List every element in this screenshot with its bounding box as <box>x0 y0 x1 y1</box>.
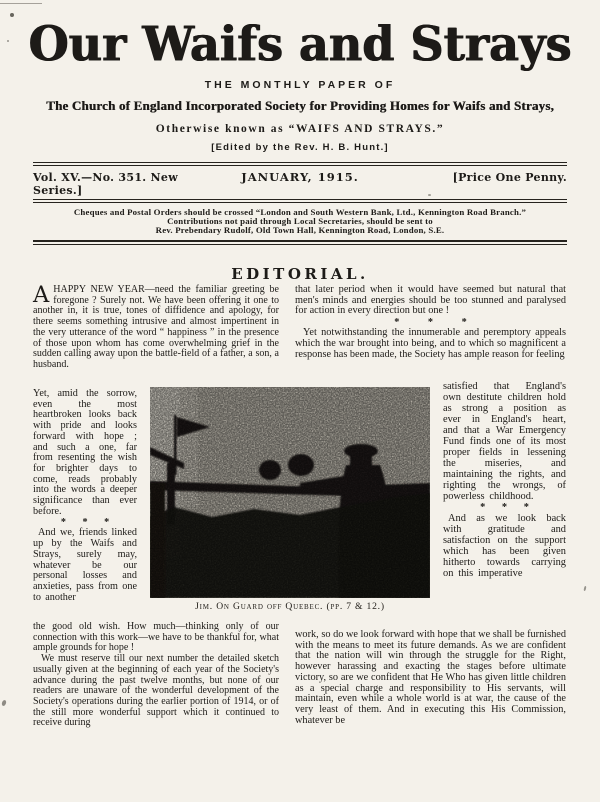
volume-number: Vol. XV.—No. 351. New Series.] <box>33 171 221 197</box>
ship-deck-photo-illustration <box>150 387 430 598</box>
masthead: Our Waifs and Strays THE MONTHLY PAPER O… <box>0 0 600 153</box>
paragraph-text: work, so do we look forward with hope th… <box>295 630 566 726</box>
paragraph-text: Yet notwithstanding the innumerable and … <box>295 328 566 360</box>
paragraph-text: And we, friends linked up by the Waifs a… <box>33 528 137 603</box>
paragraph-text: that later period when it would have see… <box>295 285 566 317</box>
left-column-bottom: the good old wish. How much—thinking onl… <box>33 622 279 729</box>
paper-title: Our Waifs and Strays <box>0 17 600 72</box>
double-rule <box>33 240 567 246</box>
section-separator-stars: * * * <box>443 502 566 513</box>
photo-jim-on-guard <box>150 387 430 598</box>
payment-notice: Cheques and Postal Orders should be cros… <box>0 208 600 236</box>
masthead-tagline: THE MONTHLY PAPER OF <box>0 79 600 91</box>
paragraph-text: HAPPY NEW YEAR—need the familiar greetin… <box>33 284 279 370</box>
issue-bar: Vol. XV.—No. 351. New Series.] JANUARY, … <box>33 170 567 197</box>
editor-line: [Edited by the Rev. H. B. Hunt.] <box>0 142 600 153</box>
right-narrow-column: satisfied that England's own destitute c… <box>443 381 566 579</box>
society-name-line: The Church of England Incorporated Socie… <box>0 98 600 114</box>
scan-speck <box>1 699 7 706</box>
editorial-opening-paragraph: AHAPPY NEW YEAR—need the familiar greeti… <box>33 285 279 371</box>
issue-price: [Price One Penny. <box>379 171 567 184</box>
aka-line: Otherwise known as “WAIFS AND STRAYS.” <box>0 123 600 135</box>
paragraph-text: satisfied that England's own destitute c… <box>443 381 566 502</box>
photo-caption: Jim. On Guard off Quebec. (pp. 7 & 12.) <box>140 601 440 612</box>
paragraph-text: Yet, amid the sorrow, even the most hear… <box>33 389 137 517</box>
scan-line-artifact <box>0 3 42 4</box>
paragraph-text: And as we look back with gratitude and s… <box>443 513 566 579</box>
notice-line: Rev. Prebendary Rudolf, Old Town Hall, K… <box>0 226 600 235</box>
newspaper-page: Our Waifs and Strays THE MONTHLY PAPER O… <box>0 0 600 802</box>
issue-date: JANUARY, 1915. <box>221 170 378 184</box>
scan-speck <box>428 194 431 196</box>
double-rule <box>33 162 567 166</box>
drop-cap: A <box>33 285 53 305</box>
right-column-top: that later period when it would have see… <box>295 285 566 360</box>
right-column-bottom: work, so do we look forward with hope th… <box>295 630 566 726</box>
left-narrow-column: Yet, amid the sorrow, even the most hear… <box>33 389 137 603</box>
double-rule <box>33 199 567 203</box>
article-heading: EDITORIAL. <box>0 265 600 283</box>
scan-speck <box>583 586 586 591</box>
paragraph-text: We must reserve till our next number the… <box>33 654 279 729</box>
paragraph-text: the good old wish. How much—thinking onl… <box>33 622 279 654</box>
